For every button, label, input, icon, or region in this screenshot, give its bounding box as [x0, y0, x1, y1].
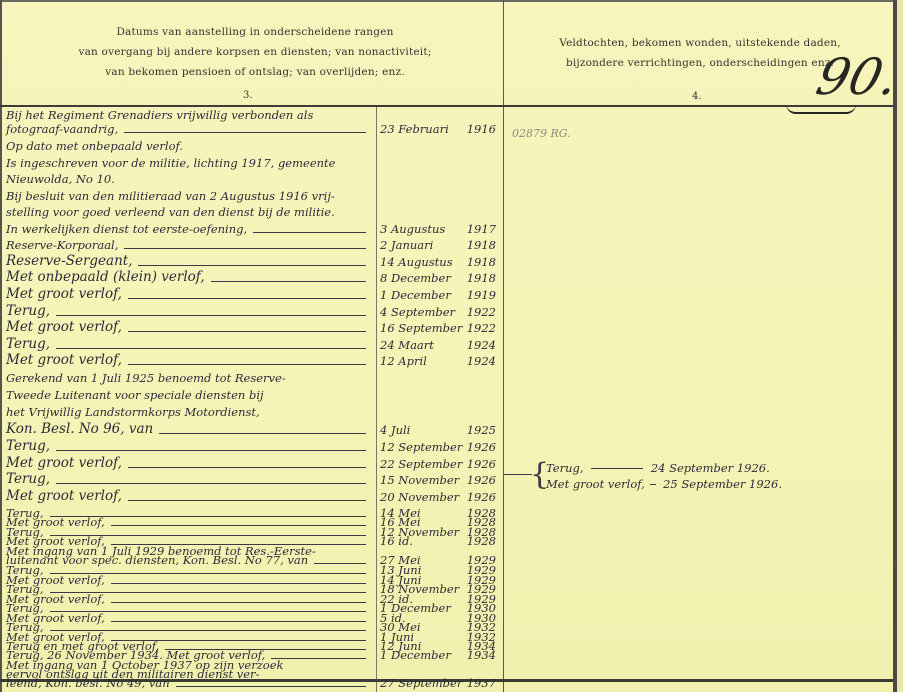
column3-number: 3.	[243, 90, 253, 101]
entry-year: 1919	[467, 289, 500, 302]
entry-row: Terug,	[6, 336, 372, 352]
entry-text: het Vrijwillig Landstormkorps Motordiens…	[6, 406, 260, 419]
fill-line	[650, 484, 656, 485]
page-right-margin	[897, 0, 903, 692]
entry-row: Reserve-Korporaal,	[6, 236, 372, 252]
entry-year: 1918	[467, 272, 500, 285]
entry-date: 1 December1919	[380, 286, 500, 302]
entry-text: Met groot verlof,	[6, 353, 122, 368]
entry-text: Terug,	[6, 304, 50, 319]
annotation-text: Terug,	[546, 461, 584, 475]
entry-date: 27 September1937	[380, 674, 500, 690]
entry-date: 3 Augustus1917	[380, 220, 500, 236]
entry-text: Met groot verlof,	[6, 320, 122, 335]
entry-date: 23 Februari1916	[380, 120, 500, 136]
entry-day-month: 27 September	[380, 677, 462, 690]
entry-date: 12 September1926	[380, 438, 500, 454]
entry-row: Met groot verlof,	[6, 352, 372, 368]
entry-text: Tweede Luitenant voor speciale diensten …	[6, 389, 264, 402]
fill-line	[138, 265, 366, 266]
entry-text: Gerekend van 1 Juli 1925 benoemd tot Res…	[6, 372, 286, 385]
entry-row: Gerekend van 1 Juli 1925 benoemd tot Res…	[6, 369, 372, 385]
entry-row: Met groot verlof,	[6, 488, 372, 504]
entry-day-month: 4 Juli	[380, 424, 410, 437]
entry-text: In werkelijken dienst tot eerste-oefenin…	[6, 223, 247, 236]
fill-line	[56, 483, 366, 484]
entry-date: 2 Januari1918	[380, 236, 500, 252]
entry-day-month: 23 Februari	[380, 123, 449, 136]
entry-year: 1926	[467, 458, 500, 471]
entry-date: 24 Maart1924	[380, 336, 500, 352]
entry-year: 1928	[467, 535, 500, 548]
entry-text: Terug,	[6, 472, 50, 487]
entry-row: Met groot verlof,	[6, 455, 372, 471]
entry-text: Bij besluit van den militieraad van 2 Au…	[6, 190, 335, 203]
annotation-entry: Terug, 24 September 1926.	[546, 461, 770, 475]
entry-row: Op dato met onbepaald verlof.	[6, 137, 372, 153]
entry-day-month: 12 September	[380, 441, 462, 454]
entry-date: 15 November1926	[380, 471, 500, 487]
entry-row: Reserve-Sergeant,	[6, 253, 372, 269]
column3-header-line: van bekomen pensioen of ontslag; van ove…	[10, 62, 500, 82]
entry-day-month: 8 December	[380, 272, 451, 285]
entry-row: Kon. Besl. No 96, van	[6, 421, 372, 437]
archive-reference: 02879 RG.	[512, 127, 571, 140]
entry-row: Terug,	[6, 471, 372, 487]
entry-row: Is ingeschreven voor de militie, lichtin…	[6, 154, 372, 170]
column3-header-line: van overgang bij andere korpsen en diens…	[10, 42, 500, 62]
fill-line	[124, 132, 366, 133]
column4-number: 4.	[692, 91, 702, 102]
fill-line	[56, 348, 366, 349]
entry-day-month: 1 December	[380, 289, 451, 302]
entry-date: 12 April1924	[380, 352, 500, 368]
entry-year: 1926	[467, 441, 500, 454]
entry-day-month: 20 November	[380, 491, 459, 504]
entry-year: 1922	[467, 322, 500, 335]
page-top-border	[0, 0, 903, 2]
entry-year: 1922	[467, 306, 500, 319]
fill-line	[176, 686, 366, 687]
column3-header-line: Datums van aanstelling in onderscheidene…	[10, 22, 500, 42]
connector-line	[504, 474, 532, 475]
entry-day-month: 16 id.	[380, 535, 413, 548]
entry-row: Met groot verlof,	[6, 319, 372, 335]
entry-year: 1924	[467, 355, 500, 368]
fill-line	[211, 281, 366, 282]
entry-day-month: 4 September	[380, 306, 455, 319]
entry-year: 1926	[467, 474, 500, 487]
entry-row: stelling voor goed verleend van den dien…	[6, 203, 372, 219]
entry-year: 1926	[467, 491, 500, 504]
entry-row: leend, Kon. besl. No 49, van	[6, 674, 372, 690]
entry-text: Op dato met onbepaald verlof.	[6, 140, 183, 153]
entry-date: 20 November1926	[380, 488, 500, 504]
entry-year: 1924	[467, 339, 500, 352]
entry-day-month: 24 Maart	[380, 339, 434, 352]
entry-text: Met groot verlof,	[6, 456, 122, 471]
entry-row: Met onbepaald (klein) verlof,	[6, 269, 372, 285]
entry-day-month: 2 Januari	[380, 239, 433, 252]
entry-text: Reserve-Sergeant,	[6, 254, 132, 269]
entry-row: In werkelijken dienst tot eerste-oefenin…	[6, 220, 372, 236]
fill-line	[159, 433, 366, 434]
entry-day-month: 14 Augustus	[380, 256, 453, 269]
fill-line	[128, 467, 366, 468]
entry-day-month: 1 December	[380, 649, 451, 662]
register-page: Datums van aanstelling in onderscheidene…	[0, 0, 903, 692]
entry-text: leend, Kon. besl. No 49, van	[6, 677, 170, 690]
entry-row: Terug,	[6, 438, 372, 454]
column3-header: Datums van aanstelling in onderscheidene…	[10, 22, 500, 82]
entry-text: Is ingeschreven voor de militie, lichtin…	[6, 157, 335, 170]
entry-text: Met groot verlof,	[6, 489, 122, 504]
entry-row: Met groot verlof,	[6, 286, 372, 302]
entry-row: Tweede Luitenant voor speciale diensten …	[6, 386, 372, 402]
fill-line	[128, 500, 366, 501]
entry-day-month: 3 Augustus	[380, 223, 445, 236]
entry-date: 4 Juli1925	[380, 421, 500, 437]
entry-text: stelling voor goed verleend van den dien…	[6, 206, 335, 219]
entry-year: 1925	[467, 424, 500, 437]
fill-line	[128, 364, 366, 365]
fill-line	[56, 450, 366, 451]
entry-row: Terug,	[6, 303, 372, 319]
entry-text: Met onbepaald (klein) verlof,	[6, 270, 205, 285]
entry-text: Kon. Besl. No 96, van	[6, 422, 153, 437]
entry-date: 8 December1918	[380, 269, 500, 285]
date-column-divider	[376, 107, 377, 692]
fill-line	[124, 248, 366, 249]
column-divider	[503, 0, 504, 692]
entry-day-month: 22 September	[380, 458, 462, 471]
entry-row: Nieuwolda, No 10.	[6, 170, 372, 186]
entry-date: 16 September1922	[380, 319, 500, 335]
entry-date: 4 September1922	[380, 303, 500, 319]
entry-year: 1934	[467, 649, 500, 662]
fill-line	[128, 331, 366, 332]
entry-text: Met groot verlof,	[6, 287, 122, 302]
entry-date: 1 December1934	[380, 646, 500, 662]
folio-flourish	[786, 104, 856, 114]
entry-year: 1916	[467, 123, 500, 136]
annotation-entry: Met groot verlof, 25 September 1926.	[546, 477, 782, 491]
entry-row: het Vrijwillig Landstormkorps Motordiens…	[6, 403, 372, 419]
fill-line	[591, 468, 643, 469]
annotation-date: 24 September 1926.	[651, 461, 770, 475]
entry-year: 1918	[467, 256, 500, 269]
annotation-date: 25 September 1926.	[663, 477, 782, 491]
fill-line	[128, 298, 366, 299]
entry-row: Bij besluit van den militieraad van 2 Au…	[6, 187, 372, 203]
entry-text: Terug,	[6, 439, 50, 454]
fill-line	[253, 232, 366, 233]
entry-year: 1918	[467, 239, 500, 252]
entry-day-month: 12 April	[380, 355, 427, 368]
entry-text: Reserve-Korporaal,	[6, 239, 118, 252]
entry-date: 22 September1926	[380, 455, 500, 471]
annotation-text: Met groot verlof,	[546, 477, 645, 491]
entry-text: Terug,	[6, 337, 50, 352]
entry-day-month: 16 September	[380, 322, 462, 335]
entry-text: Nieuwolda, No 10.	[6, 173, 115, 186]
entry-date: 16 id.1928	[380, 532, 500, 548]
entry-text: fotograaf-vaandrig,	[6, 123, 118, 136]
page-left-border	[0, 0, 2, 692]
entry-day-month: 15 November	[380, 474, 459, 487]
entry-year: 1917	[467, 223, 500, 236]
entry-row: fotograaf-vaandrig,	[6, 120, 372, 136]
entry-year: 1937	[467, 677, 500, 690]
fill-line	[56, 315, 366, 316]
folio-number: 90.	[812, 52, 903, 102]
entry-date: 14 Augustus1918	[380, 253, 500, 269]
